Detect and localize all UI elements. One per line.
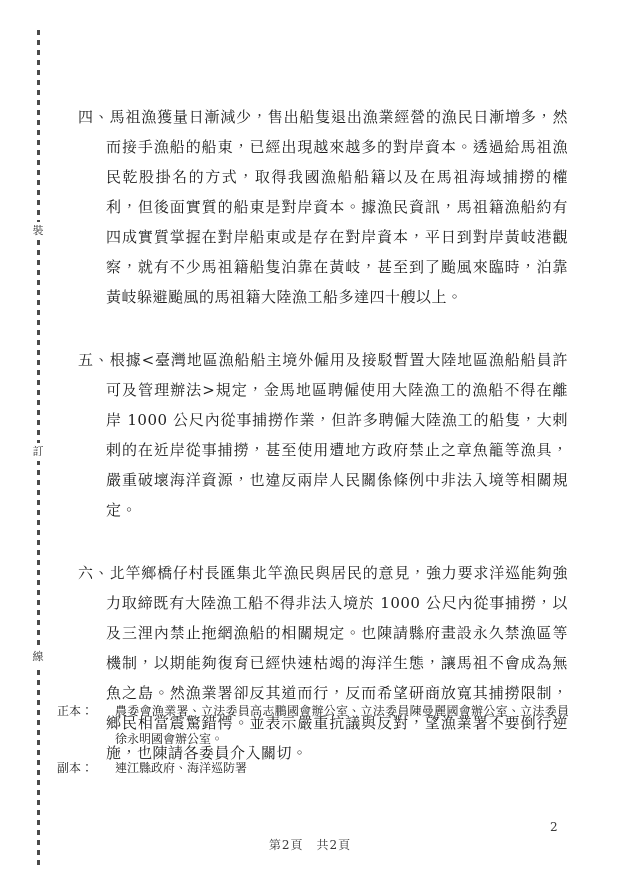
- paragraph-5-text: 根據<臺灣地區漁船船主境外僱用及接駁暫置大陸地區漁船船員許可及管理辦法>規定，金…: [106, 351, 568, 519]
- distribution-block: 正本： 農委會漁業署、立法委員高志鵬國會辦公室、立法委員陳曼麗國會辦公室、立法委…: [57, 697, 569, 783]
- copy-recipients: 連江縣政府、海洋巡防署: [101, 754, 569, 782]
- document-page: 裝 訂 線 四、馬祖漁獲量日漸減少，售出船隻退出漁業經營的漁民日漸增多，然而接手…: [0, 0, 620, 877]
- original-recipients-row: 正本： 農委會漁業署、立法委員高志鵬國會辦公室、立法委員陳曼麗國會辦公室、立法委…: [57, 697, 569, 753]
- binding-mark-xian: 線: [33, 648, 44, 666]
- paragraph-6-number: 六、: [78, 564, 110, 582]
- binding-mark-ding: 訂: [33, 443, 44, 461]
- paragraph-5: 五、根據<臺灣地區漁船船主境外僱用及接駁暫置大陸地區漁船船員許可及管理辦法>規定…: [78, 345, 568, 525]
- paragraph-5-number: 五、: [78, 351, 110, 369]
- paragraph-4-number: 四、: [78, 108, 110, 126]
- paragraph-4: 四、馬祖漁獲量日漸減少，售出船隻退出漁業經營的漁民日漸增多，然而接手漁船的船東，…: [78, 102, 568, 312]
- binding-mark-zhuang: 裝: [33, 222, 44, 240]
- copy-recipients-row: 副本： 連江縣政府、海洋巡防署: [57, 754, 569, 782]
- original-label: 正本：: [57, 697, 101, 725]
- original-recipients: 農委會漁業署、立法委員高志鵬國會辦公室、立法委員陳曼麗國會辦公室、立法委員徐永明…: [101, 697, 569, 753]
- paragraph-4-text: 馬祖漁獲量日漸減少，售出船隻退出漁業經營的漁民日漸增多，然而接手漁船的船東，已經…: [106, 108, 568, 306]
- footer-page-info: 第2頁 共2頁: [0, 836, 620, 853]
- corner-page-number: 2: [550, 820, 558, 834]
- copy-label: 副本：: [57, 754, 101, 782]
